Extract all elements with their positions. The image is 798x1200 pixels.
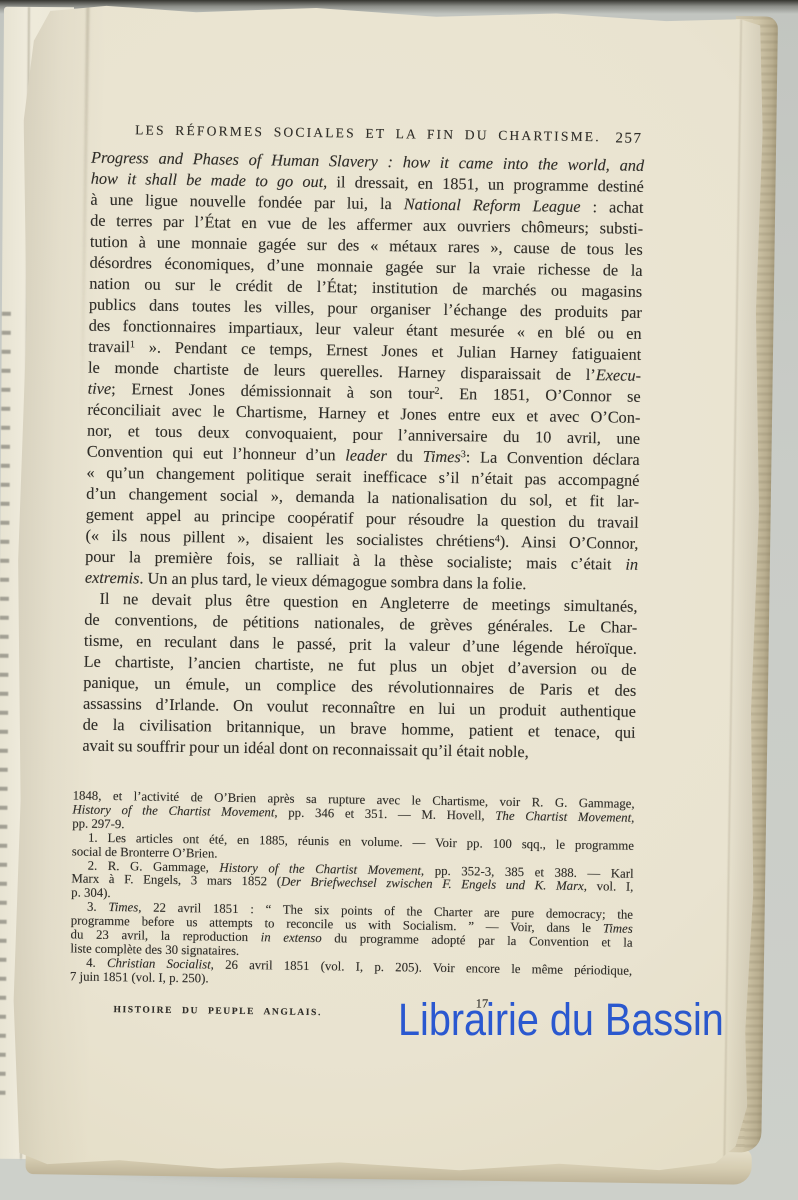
running-header: LES RÉFORMES SOCIALES ET LA FIN DU CHART… (91, 122, 644, 147)
chapter-running-title: LES RÉFORMES SOCIALES ET LA FIN DU CHART… (135, 122, 601, 144)
series-title: HISTOIRE DU PEUPLE ANGLAIS. (113, 1005, 322, 1018)
paragraph: 3. Times, 22 avril 1851 : “ The six poin… (70, 901, 633, 965)
paragraph: 4. Christian Socialist, 26 avril 1851 (v… (70, 956, 632, 992)
watermark: Librairie du Bassin (398, 994, 724, 1046)
page-crease-right (723, 11, 742, 1185)
footnotes: 1848, et l’activité de O’Brien après sa … (70, 789, 635, 992)
paragraph: Il ne devait plus être question en Angle… (82, 588, 637, 764)
printed-text-block: LES RÉFORMES SOCIALES ET LA FIN DU CHART… (78, 122, 644, 1023)
page-number: 257 (615, 130, 642, 147)
book-page-photo: LES RÉFORMES SOCIALES ET LA FIN DU CHART… (0, 0, 798, 1200)
paragraph: Progress and Phases of Human Slavery : h… (85, 147, 644, 596)
body-text: Progress and Phases of Human Slavery : h… (82, 147, 644, 764)
page-edge-ink-marks (0, 312, 11, 1102)
